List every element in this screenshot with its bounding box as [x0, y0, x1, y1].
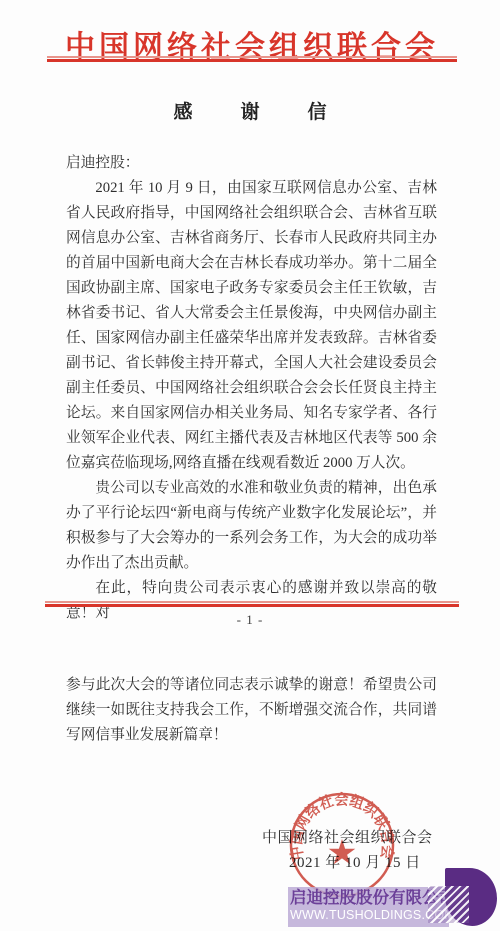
watermark-company-name: 启迪控股股份有限公司 [290, 889, 449, 908]
watermark-hatch-pattern [428, 886, 469, 923]
letterhead-rule-light [47, 56, 457, 58]
watermark-website: WWW.TUSHOLDINGS.COM [290, 908, 449, 923]
paragraph-2: 贵公司以专业高效的水准和敬业负责的精神，出色承办了平行论坛四“新电商与传统产业数… [66, 476, 437, 576]
page-break-rule [45, 601, 459, 607]
document-title: 感谢信 [0, 97, 500, 124]
page1-body: 启迪控股： 2021 年 10 月 9 日，由国家互联网信息办公室、吉林省人民政… [66, 151, 437, 626]
paragraph-3-page2: 参与此次大会的等诸位同志表示诚挚的谢意！希望贵公司继续一如既往支持我会工作，不断… [66, 673, 437, 748]
paragraph-1: 2021 年 10 月 9 日，由国家互联网信息办公室、吉林省人民政府指导，中国… [66, 176, 437, 476]
salutation: 启迪控股： [66, 151, 437, 176]
seal-star-icon [329, 839, 356, 864]
page2-body: 参与此次大会的等诸位同志表示诚挚的谢意！希望贵公司继续一如既往支持我会工作，不断… [66, 673, 437, 748]
letter-page: 中国网络社会组织联合会 感谢信 启迪控股： 2021 年 10 月 9 日，由国… [0, 0, 500, 931]
watermark-band: 启迪控股股份有限公司 WWW.TUSHOLDINGS.COM [288, 887, 449, 927]
letterhead-rule-dark [47, 59, 457, 62]
page-break-rule-dark [45, 604, 459, 607]
page-break-rule-light [45, 601, 459, 603]
page-number: - 1 - [0, 612, 500, 628]
letterhead-rule [47, 56, 457, 62]
